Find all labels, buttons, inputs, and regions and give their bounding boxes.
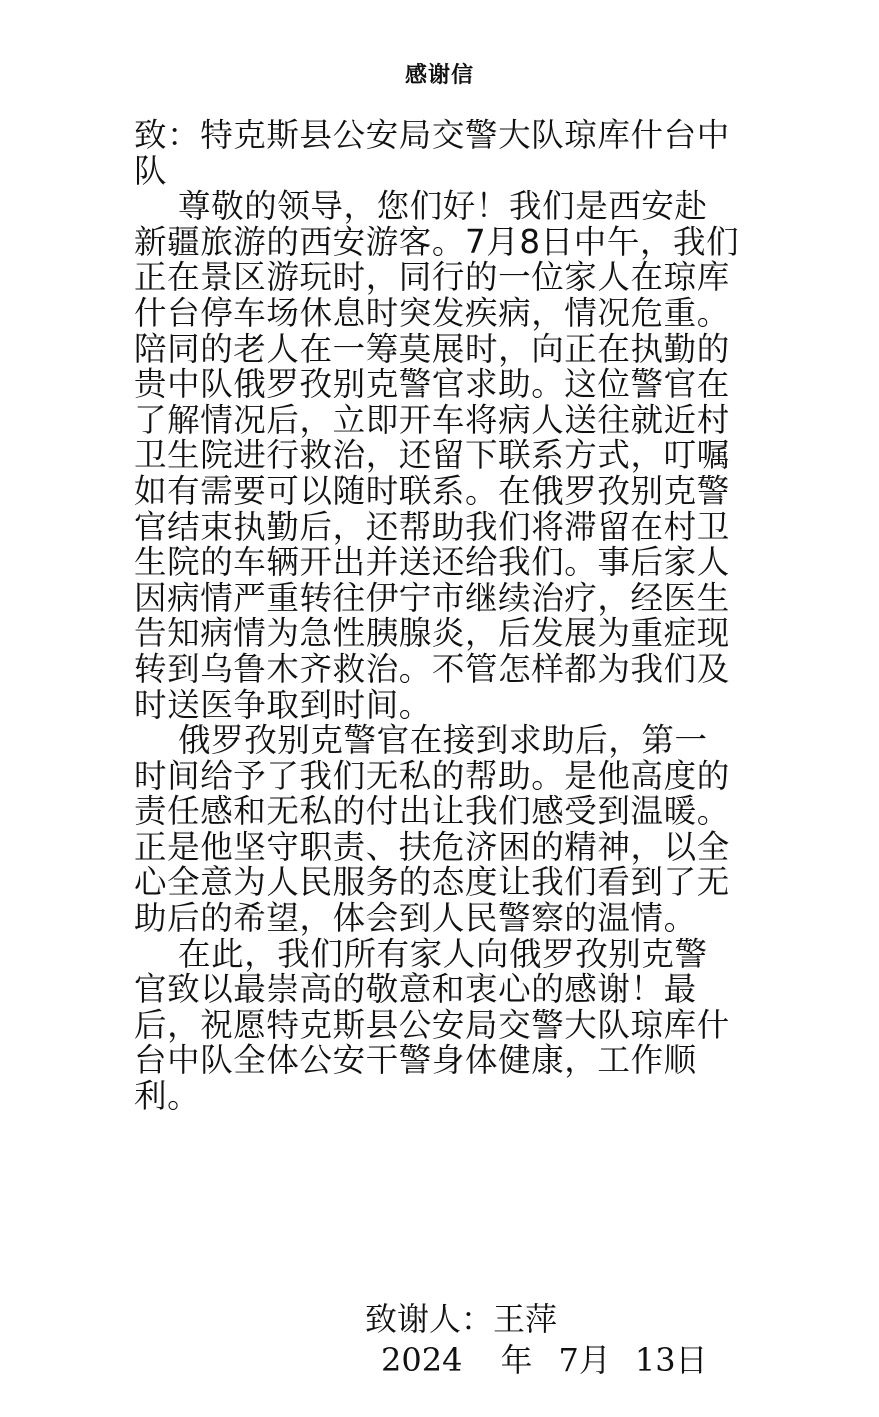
paragraph-line: 陪同的老人在一筹莫展时，向正在执勤的 [134, 332, 754, 368]
salutation-line: 队 [134, 154, 754, 190]
salutation-line: 致：特克斯县公安局交警大队琼库什台中 [134, 118, 754, 154]
paragraph-line: 助后的希望，体会到人民警察的温情。 [134, 901, 754, 937]
paragraph-line: 正在景区游玩时，同行的一位家人在琼库 [134, 260, 754, 296]
paragraph-line: 如有需要可以随时联系。在俄罗孜别克警 [134, 474, 754, 510]
letter-body: 致：特克斯县公安局交警大队琼库什台中 队 尊敬的领导，您们好！我们是西安赴 新疆… [134, 118, 754, 1115]
paragraph-line: 告知病情为急性胰腺炎，后发展为重症现 [134, 616, 754, 652]
paragraph-line: 了解情况后，立即开车将病人送往就近村 [134, 403, 754, 439]
paragraph-line: 官结束执勤后，还帮助我们将滞留在村卫 [134, 510, 754, 546]
paragraph-line: 时送医争取到时间。 [134, 688, 754, 724]
paragraph-line: 尊敬的领导，您们好！我们是西安赴 [134, 189, 754, 225]
paragraph-line: 转到乌鲁木齐救治。不管怎样都为我们及 [134, 652, 754, 688]
signer-name: 王萍 [493, 1300, 557, 1338]
letter-date: 2024年7月13日 [381, 1340, 708, 1380]
date-year-unit: 年 [500, 1340, 532, 1380]
paragraph-line: 官致以最崇高的敬意和衷心的感谢！最 [134, 972, 754, 1008]
paragraph-line: 正是他坚守职责、扶危济困的精神，以全 [134, 830, 754, 866]
date-month: 7 [558, 1340, 578, 1380]
paragraph-line: 贵中队俄罗孜别克警官求助。这位警官在 [134, 367, 754, 403]
letter-title: 感谢信 [0, 58, 879, 89]
paragraph-line: 在此，我们所有家人向俄罗孜别克警 [134, 937, 754, 973]
paragraph-line: 后，祝愿特克斯县公安局交警大队琼库什 [134, 1008, 754, 1044]
paragraph-line: 心全意为人民服务的态度让我们看到了无 [134, 865, 754, 901]
paragraph-line: 因病情严重转往伊宁市继续治疗，经医生 [134, 581, 754, 617]
paragraph-line: 责任感和无私的付出让我们感受到温暖。 [134, 794, 754, 830]
date-day: 13 [635, 1340, 676, 1380]
signature-block: 致谢人：王萍 [365, 1300, 765, 1338]
signer-label: 致谢人： [365, 1300, 493, 1338]
date-day-unit: 日 [676, 1340, 708, 1380]
paragraph-line: 卫生院进行救治，还留下联系方式，叮嘱 [134, 438, 754, 474]
date-month-unit: 月 [579, 1340, 611, 1380]
paragraph-line: 新疆旅游的西安游客。7月8日中午，我们 [134, 225, 754, 261]
date-year: 2024 [381, 1340, 462, 1380]
paragraph-line: 生院的车辆开出并送还给我们。事后家人 [134, 545, 754, 581]
paragraph-line: 什台停车场休息时突发疾病，情况危重。 [134, 296, 754, 332]
paragraph-line: 时间给予了我们无私的帮助。是他高度的 [134, 759, 754, 795]
paragraph-line: 利。 [134, 1079, 754, 1115]
paragraph-line: 俄罗孜别克警官在接到求助后，第一 [134, 723, 754, 759]
paragraph-line: 台中队全体公安干警身体健康，工作顺 [134, 1043, 754, 1079]
signer-line: 致谢人：王萍 [365, 1300, 765, 1338]
